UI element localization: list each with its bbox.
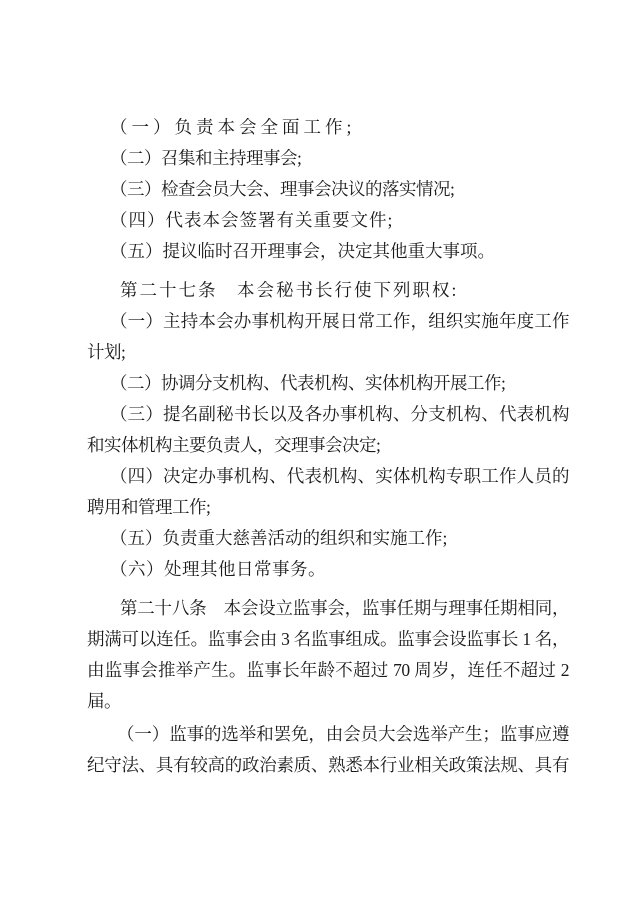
document-body: （一）负责本会全面工作;（二）召集和主持理事会;（三）检查会员大会、理事会决议的… [87,112,569,781]
article-27-item-1: （一）主持本会办事机构开展日常工作，组织实施年度工作计划; [87,306,569,368]
text-line: 计划; [87,337,569,368]
text-line: （六）处理其他日常事务。 [87,554,569,585]
text-line: （三）提名副秘书长以及各办事机构、分支机构、代表机构 [87,399,569,430]
text-line: （一）负责本会全面工作; [87,112,569,143]
text-line: 第二十八条 本会设立监事会，监事任期与理事任期相同， [87,593,569,624]
chairman-power-item-5: （五）提议临时召开理事会，决定其他重大事项。 [87,236,569,267]
text-line: 第二十七条 本会秘书长行使下列职权: [87,275,569,306]
text-line: （五）提议临时召开理事会，决定其他重大事项。 [87,236,569,267]
document-page: （一）负责本会全面工作;（二）召集和主持理事会;（三）检查会员大会、理事会决议的… [0,0,640,905]
text-line: （三）检查会员大会、理事会决议的落实情况; [87,174,569,205]
article-27-item-3: （三）提名副秘书长以及各办事机构、分支机构、代表机构和实体机构主要负责人，交理事… [87,399,569,461]
text-line: （四）代表本会签署有关重要文件; [87,205,569,236]
chairman-power-item-3: （三）检查会员大会、理事会决议的落实情况; [87,174,569,205]
chairman-power-item-1: （一）负责本会全面工作; [87,112,569,143]
text-line: （二）召集和主持理事会; [87,143,569,174]
article-27-item-6: （六）处理其他日常事务。 [87,554,569,585]
text-line: 届。 [87,686,569,717]
article-27-heading: 第二十七条 本会秘书长行使下列职权: [87,275,569,306]
article-27-item-4: （四）决定办事机构、代表机构、实体机构专职工作人员的聘用和管理工作; [87,461,569,523]
text-line: 期满可以连任。监事会由 3 名监事组成。监事会设监事长 1 名， [87,624,569,655]
article-27-item-2: （二）协调分支机构、代表机构、实体机构开展工作; [87,368,569,399]
text-line: （五）负责重大慈善活动的组织和实施工作; [87,523,569,554]
chairman-power-item-2: （二）召集和主持理事会; [87,143,569,174]
text-line: 聘用和管理工作; [87,492,569,523]
article-28-body: 第二十八条 本会设立监事会，监事任期与理事任期相同，期满可以连任。监事会由 3 … [87,593,569,717]
article-27-item-5: （五）负责重大慈善活动的组织和实施工作; [87,523,569,554]
text-line: 和实体机构主要负责人，交理事会决定; [87,430,569,461]
text-line: （四）决定办事机构、代表机构、实体机构专职工作人员的 [87,461,569,492]
text-line: （一）监事的选举和罢免，由会员大会选举产生；监事应遵 [87,719,569,750]
chairman-power-item-4: （四）代表本会签署有关重要文件; [87,205,569,236]
text-line: （二）协调分支机构、代表机构、实体机构开展工作; [87,368,569,399]
text-line: （一）主持本会办事机构开展日常工作，组织实施年度工作 [87,306,569,337]
text-line: 由监事会推举产生。监事长年龄不超过 70 周岁，连任不超过 2 [87,655,569,686]
supervisor-item-1: （一）监事的选举和罢免，由会员大会选举产生；监事应遵纪守法、具有较高的政治素质、… [87,719,569,781]
text-line: 纪守法、具有较高的政治素质、熟悉本行业相关政策法规、具有 [87,750,569,781]
